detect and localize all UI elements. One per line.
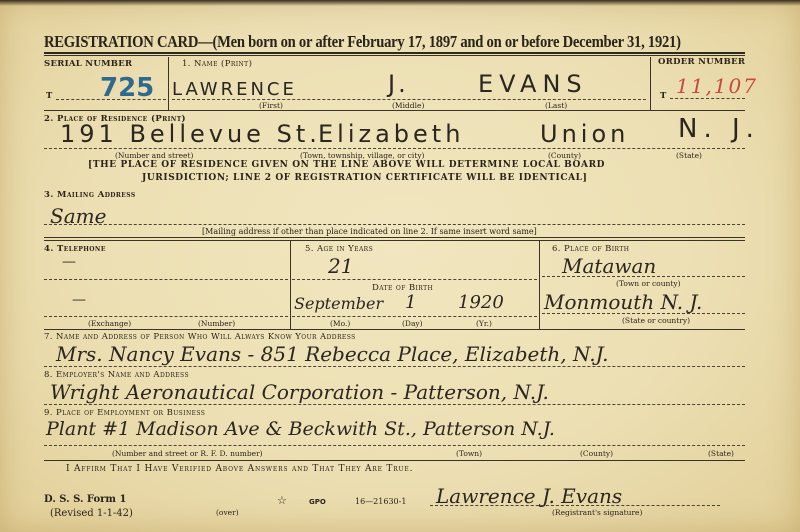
telephone-exchange-value: — xyxy=(62,254,76,270)
affirmation-text: I Affirm That I Have Verified Above Answ… xyxy=(66,464,413,474)
birthplace-label: 6. Place of Birth xyxy=(552,244,629,254)
town-caption: (Town, township, village, or city) xyxy=(300,151,424,160)
mailing-caption: [Mailing address if other than place ind… xyxy=(202,227,537,236)
divider xyxy=(290,241,291,329)
street-caption: (Number and street) xyxy=(115,151,193,160)
dob-year: 1920 xyxy=(458,292,504,313)
divider xyxy=(539,241,540,329)
residence-street: 191 Bellevue St. xyxy=(60,120,321,148)
employment-street-caption: (Number and street or R. F. D. number) xyxy=(112,449,263,458)
first-name: LAWRENCE xyxy=(172,79,297,100)
serial-label: SERIAL NUMBER xyxy=(44,59,132,69)
card-title: REGISTRATION CARD—(Men born on or after … xyxy=(44,32,681,52)
residence-line xyxy=(44,148,745,149)
gpo-mark: GPO xyxy=(309,498,326,506)
divider xyxy=(44,110,745,111)
divider xyxy=(650,57,651,110)
contact-line xyxy=(44,366,745,367)
residence-state: N. J. xyxy=(678,114,760,144)
birthplace-state-caption: (State or country) xyxy=(622,316,690,325)
divider xyxy=(168,57,169,110)
divider xyxy=(44,52,372,54)
employer-label: 8. Employer's Name and Address xyxy=(44,370,189,380)
divider xyxy=(44,240,745,241)
contact-label: 7. Name and Address of Person Who Will A… xyxy=(44,332,356,342)
registration-card: REGISTRATION CARD—(Men born on or after … xyxy=(0,0,800,532)
age-line xyxy=(292,279,537,280)
birthplace-state: Monmouth N. J. xyxy=(544,290,702,314)
dob-day: 1 xyxy=(405,292,416,313)
age-value: 21 xyxy=(328,254,353,278)
divider xyxy=(372,52,745,54)
employment-town-caption: (Town) xyxy=(456,449,482,458)
month-caption: (Mo.) xyxy=(330,319,350,328)
birthplace-town: Matawan xyxy=(562,254,656,278)
signature-caption: (Registrant's signature) xyxy=(552,508,642,517)
star-icon: ☆ xyxy=(277,494,287,507)
telephone-line-1 xyxy=(44,279,288,280)
dob-month: September xyxy=(294,294,383,313)
residence-notice-2: JURISDICTION; LINE 2 OF REGISTRATION CER… xyxy=(142,173,587,183)
divider xyxy=(44,460,745,461)
over-note: (over) xyxy=(216,508,239,517)
exchange-caption: (Exchange) xyxy=(88,319,131,328)
birthplace-line-2 xyxy=(542,313,745,314)
contact-value: Mrs. Nancy Evans - 851 Rebecca Place, El… xyxy=(56,342,608,366)
print-code: 16—21630-1 xyxy=(355,497,406,506)
year-caption: (Yr.) xyxy=(476,319,492,328)
day-caption: (Day) xyxy=(402,319,423,328)
residence-county: Union xyxy=(540,120,629,148)
divider xyxy=(44,55,745,56)
first-caption: (First) xyxy=(259,101,283,110)
employment-place-value: Plant #1 Madison Ave & Beckwith St., Pat… xyxy=(46,418,555,440)
name-label: 1. Name (Print) xyxy=(182,59,252,69)
last-name: EVANS xyxy=(478,70,588,98)
signature-line xyxy=(430,505,720,506)
serial-number: 725 xyxy=(100,73,154,103)
birthplace-town-caption: (Town or county) xyxy=(616,279,681,288)
number-caption: (Number) xyxy=(198,319,235,328)
order-prefix: T xyxy=(660,91,667,101)
order-line xyxy=(670,98,745,99)
order-label: ORDER NUMBER xyxy=(658,57,745,67)
order-number: 11,107 xyxy=(676,74,758,98)
last-caption: (Last) xyxy=(545,101,567,110)
middle-initial: J. xyxy=(388,70,409,98)
form-name: D. S. S. Form 1 xyxy=(44,494,126,505)
divider xyxy=(44,329,745,330)
county-caption: (County) xyxy=(548,151,581,160)
form-revised: (Revised 1-1-42) xyxy=(50,508,133,519)
residence-town: Elizabeth xyxy=(318,120,464,148)
telephone-number-value: — xyxy=(72,292,86,308)
telephone-line-2 xyxy=(44,316,288,317)
employer-line xyxy=(44,404,745,405)
mailing-line xyxy=(44,224,745,225)
middle-caption: (Middle) xyxy=(392,101,424,110)
state-caption: (State) xyxy=(676,151,702,160)
serial-prefix: T xyxy=(46,91,53,101)
employer-value: Wright Aeronautical Corporation - Patter… xyxy=(50,380,549,404)
employment-place-line xyxy=(44,445,745,446)
telephone-label: 4. Telephone xyxy=(44,244,106,254)
dob-line xyxy=(292,316,537,317)
age-label: 5. Age in Years xyxy=(305,244,373,254)
dob-label: Date of Birth xyxy=(372,283,433,293)
employment-place-label: 9. Place of Employment or Business xyxy=(44,408,205,418)
divider xyxy=(44,237,745,238)
residence-notice-1: [THE PLACE OF RESIDENCE GIVEN ON THE LIN… xyxy=(88,160,605,170)
employment-county-caption: (County) xyxy=(580,449,613,458)
employment-state-caption: (State) xyxy=(708,449,734,458)
birthplace-line-1 xyxy=(542,276,745,277)
mailing-label: 3. Mailing Address xyxy=(44,190,136,200)
